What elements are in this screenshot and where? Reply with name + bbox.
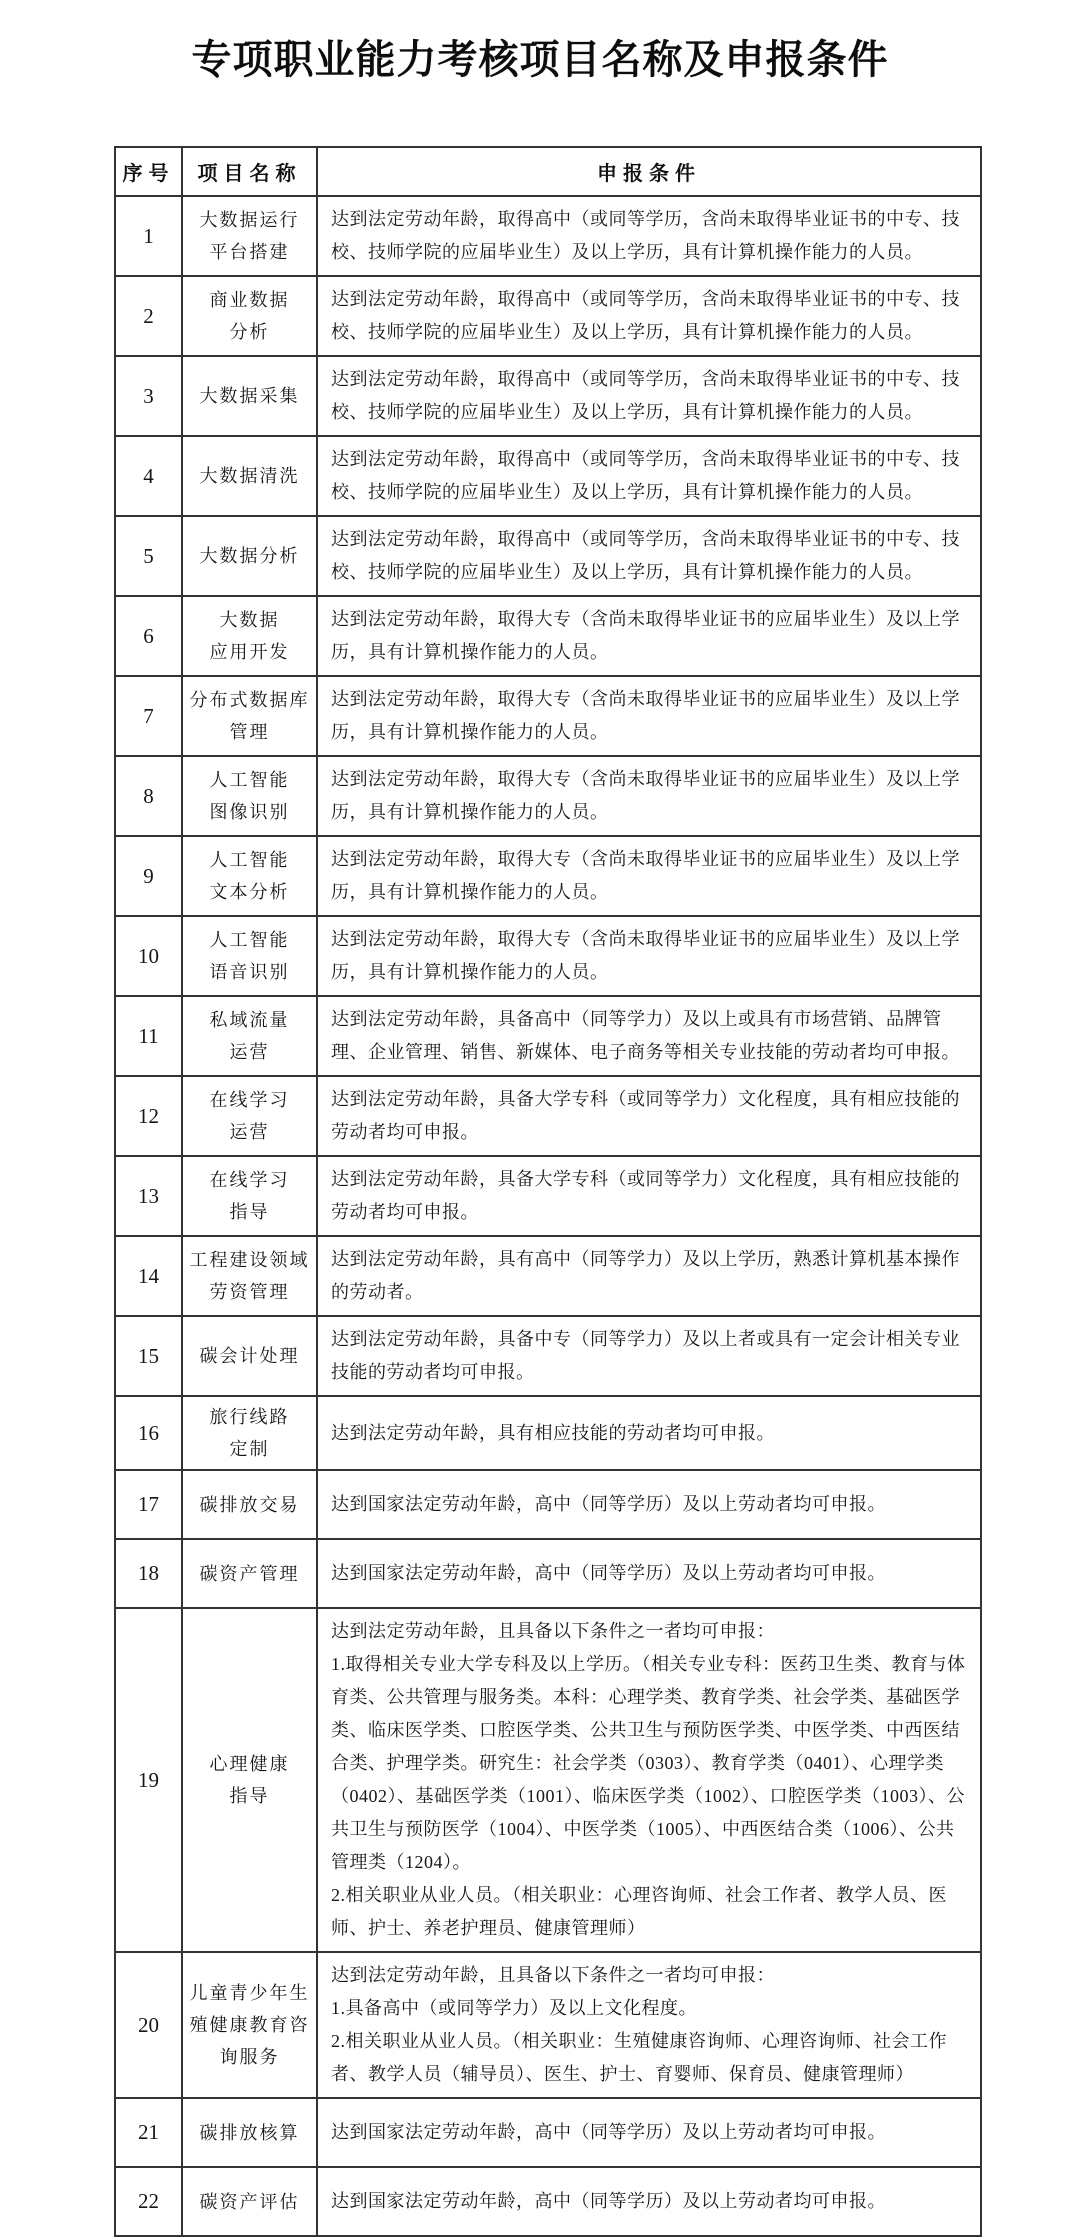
condition-paragraph: 2.相关职业从业人员。（相关职业：心理咨询师、社会工作者、教学人员、医师、护士、…	[331, 1879, 968, 1945]
project-name-line: 碳排放核算	[186, 2117, 313, 2149]
table-row: 18碳资产管理达到国家法定劳动年龄，高中（同等学历）及以上劳动者均可申报。	[115, 1539, 981, 1608]
project-name-cell: 人工智能图像识别	[182, 756, 317, 836]
project-name-cell: 大数据应用开发	[182, 596, 317, 676]
project-name-cell: 碳资产评估	[182, 2167, 317, 2236]
condition-cell: 达到法定劳动年龄，具备大学专科（或同等学力）文化程度，具有相应技能的劳动者均可申…	[317, 1076, 981, 1156]
table-row: 1大数据运行平台搭建达到法定劳动年龄，取得高中（或同等学历，含尚未取得毕业证书的…	[115, 196, 981, 276]
project-name-line: 碳排放交易	[186, 1489, 313, 1521]
row-number-cell: 10	[115, 916, 182, 996]
project-name-line: 分析	[186, 316, 313, 348]
condition-paragraph: 达到法定劳动年龄，取得大专（含尚未取得毕业证书的应届毕业生）及以上学历，具有计算…	[331, 763, 968, 829]
condition-paragraph: 达到法定劳动年龄，具备大学专科（或同等学力）文化程度，具有相应技能的劳动者均可申…	[331, 1083, 968, 1149]
condition-paragraph: 达到法定劳动年龄，取得高中（或同等学历，含尚未取得毕业证书的中专、技校、技师学院…	[331, 283, 968, 349]
condition-cell: 达到法定劳动年龄，取得大专（含尚未取得毕业证书的应届毕业生）及以上学历，具有计算…	[317, 916, 981, 996]
project-name-line: 运营	[186, 1036, 313, 1068]
project-name-line: 大数据采集	[186, 380, 313, 412]
condition-paragraph: 达到国家法定劳动年龄，高中（同等学历）及以上劳动者均可申报。	[331, 1557, 968, 1590]
condition-cell: 达到法定劳动年龄，具有相应技能的劳动者均可申报。	[317, 1396, 981, 1470]
table-row: 19心理健康指导达到法定劳动年龄，且具备以下条件之一者均可申报：1.取得相关专业…	[115, 1608, 981, 1952]
condition-paragraph: 达到法定劳动年龄，且具备以下条件之一者均可申报：	[331, 1615, 968, 1648]
row-number-cell: 6	[115, 596, 182, 676]
row-number-cell: 11	[115, 996, 182, 1076]
row-number-cell: 15	[115, 1316, 182, 1396]
project-name-line: 人工智能	[186, 924, 313, 956]
header-row: 序号 项目名称 申报条件	[115, 147, 981, 196]
project-name-line: 大数据	[186, 604, 313, 636]
project-name-line: 分布式数据库	[186, 684, 313, 716]
condition-cell: 达到国家法定劳动年龄，高中（同等学历）及以上劳动者均可申报。	[317, 1470, 981, 1539]
project-name-cell: 大数据清洗	[182, 436, 317, 516]
header-serial-number: 序号	[115, 147, 182, 196]
condition-paragraph: 达到国家法定劳动年龄，高中（同等学历）及以上劳动者均可申报。	[331, 1488, 968, 1521]
condition-cell: 达到国家法定劳动年龄，高中（同等学历）及以上劳动者均可申报。	[317, 2098, 981, 2167]
row-number-cell: 2	[115, 276, 182, 356]
project-name-cell: 旅行线路定制	[182, 1396, 317, 1470]
condition-paragraph: 达到法定劳动年龄，取得大专（含尚未取得毕业证书的应届毕业生）及以上学历，具有计算…	[331, 923, 968, 989]
condition-cell: 达到法定劳动年龄，取得高中（或同等学历，含尚未取得毕业证书的中专、技校、技师学院…	[317, 196, 981, 276]
project-name-cell: 工程建设领域劳资管理	[182, 1236, 317, 1316]
table-row: 8人工智能图像识别达到法定劳动年龄，取得大专（含尚未取得毕业证书的应届毕业生）及…	[115, 756, 981, 836]
condition-cell: 达到法定劳动年龄，取得大专（含尚未取得毕业证书的应届毕业生）及以上学历，具有计算…	[317, 836, 981, 916]
project-name-cell: 碳会计处理	[182, 1316, 317, 1396]
row-number-cell: 20	[115, 1952, 182, 2098]
project-name-line: 商业数据	[186, 284, 313, 316]
condition-paragraph: 达到法定劳动年龄，取得高中（或同等学历，含尚未取得毕业证书的中专、技校、技师学院…	[331, 203, 968, 269]
project-name-cell: 在线学习指导	[182, 1156, 317, 1236]
project-name-line: 殖健康教育咨	[186, 2009, 313, 2041]
condition-cell: 达到法定劳动年龄，具备中专（同等学力）及以上者或具有一定会计相关专业技能的劳动者…	[317, 1316, 981, 1396]
condition-paragraph: 达到法定劳动年龄，具有高中（同等学力）及以上学历，熟悉计算机基本操作的劳动者。	[331, 1243, 968, 1309]
table-row: 2商业数据分析达到法定劳动年龄，取得高中（或同等学历，含尚未取得毕业证书的中专、…	[115, 276, 981, 356]
table-row: 22碳资产评估达到国家法定劳动年龄，高中（同等学历）及以上劳动者均可申报。	[115, 2167, 981, 2236]
projects-table: 序号 项目名称 申报条件 1大数据运行平台搭建达到法定劳动年龄，取得高中（或同等…	[114, 146, 982, 2237]
row-number-cell: 22	[115, 2167, 182, 2236]
row-number-cell: 3	[115, 356, 182, 436]
project-name-cell: 分布式数据库管理	[182, 676, 317, 756]
row-number-cell: 4	[115, 436, 182, 516]
condition-cell: 达到法定劳动年龄，取得高中（或同等学历，含尚未取得毕业证书的中专、技校、技师学院…	[317, 276, 981, 356]
condition-cell: 达到法定劳动年龄，取得高中（或同等学历，含尚未取得毕业证书的中专、技校、技师学院…	[317, 436, 981, 516]
project-name-cell: 商业数据分析	[182, 276, 317, 356]
condition-paragraph: 达到国家法定劳动年龄，高中（同等学历）及以上劳动者均可申报。	[331, 2116, 968, 2149]
condition-paragraph: 达到法定劳动年龄，具备大学专科（或同等学力）文化程度，具有相应技能的劳动者均可申…	[331, 1163, 968, 1229]
condition-paragraph: 达到法定劳动年龄，且具备以下条件之一者均可申报：	[331, 1959, 968, 1992]
table-row: 4大数据清洗达到法定劳动年龄，取得高中（或同等学历，含尚未取得毕业证书的中专、技…	[115, 436, 981, 516]
table-row: 13在线学习指导达到法定劳动年龄，具备大学专科（或同等学力）文化程度，具有相应技…	[115, 1156, 981, 1236]
project-name-cell: 碳排放交易	[182, 1470, 317, 1539]
page-title: 专项职业能力考核项目名称及申报条件	[0, 36, 1080, 84]
project-name-line: 大数据清洗	[186, 460, 313, 492]
table-row: 6大数据应用开发达到法定劳动年龄，取得大专（含尚未取得毕业证书的应届毕业生）及以…	[115, 596, 981, 676]
condition-cell: 达到国家法定劳动年龄，高中（同等学历）及以上劳动者均可申报。	[317, 1539, 981, 1608]
project-name-line: 碳资产管理	[186, 1558, 313, 1590]
table-row: 16旅行线路定制达到法定劳动年龄，具有相应技能的劳动者均可申报。	[115, 1396, 981, 1470]
project-name-line: 定制	[186, 1433, 313, 1465]
project-name-cell: 碳资产管理	[182, 1539, 317, 1608]
project-name-line: 图像识别	[186, 796, 313, 828]
row-number-cell: 7	[115, 676, 182, 756]
table-row: 15碳会计处理达到法定劳动年龄，具备中专（同等学力）及以上者或具有一定会计相关专…	[115, 1316, 981, 1396]
condition-paragraph: 达到法定劳动年龄，取得高中（或同等学历，含尚未取得毕业证书的中专、技校、技师学院…	[331, 443, 968, 509]
table-row: 20儿童青少年生殖健康教育咨询服务达到法定劳动年龄，且具备以下条件之一者均可申报…	[115, 1952, 981, 2098]
header-project-name: 项目名称	[182, 147, 317, 196]
project-name-line: 碳会计处理	[186, 1340, 313, 1372]
table-row: 12在线学习运营达到法定劳动年龄，具备大学专科（或同等学力）文化程度，具有相应技…	[115, 1076, 981, 1156]
project-name-line: 心理健康	[186, 1748, 313, 1780]
project-name-line: 运营	[186, 1116, 313, 1148]
condition-paragraph: 2.相关职业从业人员。（相关职业：生殖健康咨询师、心理咨询师、社会工作者、教学人…	[331, 2025, 968, 2091]
project-name-cell: 儿童青少年生殖健康教育咨询服务	[182, 1952, 317, 2098]
row-number-cell: 18	[115, 1539, 182, 1608]
project-name-cell: 人工智能语音识别	[182, 916, 317, 996]
row-number-cell: 12	[115, 1076, 182, 1156]
project-name-cell: 大数据分析	[182, 516, 317, 596]
project-name-line: 工程建设领域	[186, 1244, 313, 1276]
condition-paragraph: 达到国家法定劳动年龄，高中（同等学历）及以上劳动者均可申报。	[331, 2185, 968, 2218]
condition-cell: 达到国家法定劳动年龄，高中（同等学历）及以上劳动者均可申报。	[317, 2167, 981, 2236]
project-name-line: 私域流量	[186, 1004, 313, 1036]
project-name-line: 旅行线路	[186, 1401, 313, 1433]
table-row: 11私域流量运营达到法定劳动年龄，具备高中（同等学力）及以上或具有市场营销、品牌…	[115, 996, 981, 1076]
project-name-line: 大数据运行	[186, 204, 313, 236]
condition-paragraph: 达到法定劳动年龄，具备中专（同等学力）及以上者或具有一定会计相关专业技能的劳动者…	[331, 1323, 968, 1389]
condition-cell: 达到法定劳动年龄，且具备以下条件之一者均可申报：1.具备高中（或同等学力）及以上…	[317, 1952, 981, 2098]
project-name-cell: 人工智能文本分析	[182, 836, 317, 916]
project-name-line: 询服务	[186, 2041, 313, 2073]
table-row: 9人工智能文本分析达到法定劳动年龄，取得大专（含尚未取得毕业证书的应届毕业生）及…	[115, 836, 981, 916]
row-number-cell: 14	[115, 1236, 182, 1316]
table-row: 3大数据采集达到法定劳动年龄，取得高中（或同等学历，含尚未取得毕业证书的中专、技…	[115, 356, 981, 436]
row-number-cell: 16	[115, 1396, 182, 1470]
project-name-line: 指导	[186, 1780, 313, 1812]
document-page: 专项职业能力考核项目名称及申报条件 序号 项目名称 申报条件 1大数据运行平台搭…	[0, 0, 1080, 2237]
row-number-cell: 5	[115, 516, 182, 596]
table-row: 5大数据分析达到法定劳动年龄，取得高中（或同等学历，含尚未取得毕业证书的中专、技…	[115, 516, 981, 596]
condition-cell: 达到法定劳动年龄，取得高中（或同等学历，含尚未取得毕业证书的中专、技校、技师学院…	[317, 356, 981, 436]
row-number-cell: 13	[115, 1156, 182, 1236]
condition-paragraph: 达到法定劳动年龄，具备高中（同等学力）及以上或具有市场营销、品牌管理、企业管理、…	[331, 1003, 968, 1069]
condition-cell: 达到法定劳动年龄，具备高中（同等学力）及以上或具有市场营销、品牌管理、企业管理、…	[317, 996, 981, 1076]
project-name-line: 碳资产评估	[186, 2186, 313, 2218]
row-number-cell: 21	[115, 2098, 182, 2167]
project-name-line: 应用开发	[186, 636, 313, 668]
project-name-line: 语音识别	[186, 956, 313, 988]
project-name-cell: 心理健康指导	[182, 1608, 317, 1952]
row-number-cell: 8	[115, 756, 182, 836]
project-name-cell: 大数据采集	[182, 356, 317, 436]
condition-cell: 达到法定劳动年龄，取得高中（或同等学历，含尚未取得毕业证书的中专、技校、技师学院…	[317, 516, 981, 596]
row-number-cell: 1	[115, 196, 182, 276]
project-name-line: 大数据分析	[186, 540, 313, 572]
table-row: 10人工智能语音识别达到法定劳动年龄，取得大专（含尚未取得毕业证书的应届毕业生）…	[115, 916, 981, 996]
condition-paragraph: 1.取得相关专业大学专科及以上学历。（相关专业专科：医药卫生类、教育与体育类、公…	[331, 1648, 968, 1879]
project-name-line: 人工智能	[186, 844, 313, 876]
project-name-line: 文本分析	[186, 876, 313, 908]
project-name-line: 在线学习	[186, 1084, 313, 1116]
condition-cell: 达到法定劳动年龄，且具备以下条件之一者均可申报：1.取得相关专业大学专科及以上学…	[317, 1608, 981, 1952]
table-header: 序号 项目名称 申报条件	[115, 147, 981, 196]
condition-paragraph: 达到法定劳动年龄，取得大专（含尚未取得毕业证书的应届毕业生）及以上学历，具有计算…	[331, 603, 968, 669]
project-name-cell: 碳排放核算	[182, 2098, 317, 2167]
condition-cell: 达到法定劳动年龄，具有高中（同等学力）及以上学历，熟悉计算机基本操作的劳动者。	[317, 1236, 981, 1316]
condition-paragraph: 达到法定劳动年龄，取得高中（或同等学历，含尚未取得毕业证书的中专、技校、技师学院…	[331, 523, 968, 589]
table-row: 21碳排放核算达到国家法定劳动年龄，高中（同等学历）及以上劳动者均可申报。	[115, 2098, 981, 2167]
condition-paragraph: 达到法定劳动年龄，取得大专（含尚未取得毕业证书的应届毕业生）及以上学历，具有计算…	[331, 683, 968, 749]
project-name-cell: 大数据运行平台搭建	[182, 196, 317, 276]
table-row: 17碳排放交易达到国家法定劳动年龄，高中（同等学历）及以上劳动者均可申报。	[115, 1470, 981, 1539]
condition-paragraph: 达到法定劳动年龄，取得高中（或同等学历，含尚未取得毕业证书的中专、技校、技师学院…	[331, 363, 968, 429]
row-number-cell: 9	[115, 836, 182, 916]
project-name-line: 平台搭建	[186, 236, 313, 268]
condition-cell: 达到法定劳动年龄，取得大专（含尚未取得毕业证书的应届毕业生）及以上学历，具有计算…	[317, 676, 981, 756]
condition-paragraph: 1.具备高中（或同等学力）及以上文化程度。	[331, 1992, 968, 2025]
project-name-line: 在线学习	[186, 1164, 313, 1196]
table-row: 7分布式数据库管理达到法定劳动年龄，取得大专（含尚未取得毕业证书的应届毕业生）及…	[115, 676, 981, 756]
project-name-line: 管理	[186, 716, 313, 748]
project-name-line: 指导	[186, 1196, 313, 1228]
condition-paragraph: 达到法定劳动年龄，具有相应技能的劳动者均可申报。	[331, 1417, 968, 1450]
project-name-cell: 私域流量运营	[182, 996, 317, 1076]
project-name-line: 儿童青少年生	[186, 1977, 313, 2009]
condition-cell: 达到法定劳动年龄，取得大专（含尚未取得毕业证书的应届毕业生）及以上学历，具有计算…	[317, 596, 981, 676]
table-row: 14工程建设领域劳资管理达到法定劳动年龄，具有高中（同等学力）及以上学历，熟悉计…	[115, 1236, 981, 1316]
project-name-line: 人工智能	[186, 764, 313, 796]
condition-cell: 达到法定劳动年龄，取得大专（含尚未取得毕业证书的应届毕业生）及以上学历，具有计算…	[317, 756, 981, 836]
header-application-conditions: 申报条件	[317, 147, 981, 196]
row-number-cell: 19	[115, 1608, 182, 1952]
condition-paragraph: 达到法定劳动年龄，取得大专（含尚未取得毕业证书的应届毕业生）及以上学历，具有计算…	[331, 843, 968, 909]
project-name-line: 劳资管理	[186, 1276, 313, 1308]
table-body: 1大数据运行平台搭建达到法定劳动年龄，取得高中（或同等学历，含尚未取得毕业证书的…	[115, 196, 981, 2236]
row-number-cell: 17	[115, 1470, 182, 1539]
table-container: 序号 项目名称 申报条件 1大数据运行平台搭建达到法定劳动年龄，取得高中（或同等…	[114, 146, 980, 2237]
project-name-cell: 在线学习运营	[182, 1076, 317, 1156]
condition-cell: 达到法定劳动年龄，具备大学专科（或同等学力）文化程度，具有相应技能的劳动者均可申…	[317, 1156, 981, 1236]
